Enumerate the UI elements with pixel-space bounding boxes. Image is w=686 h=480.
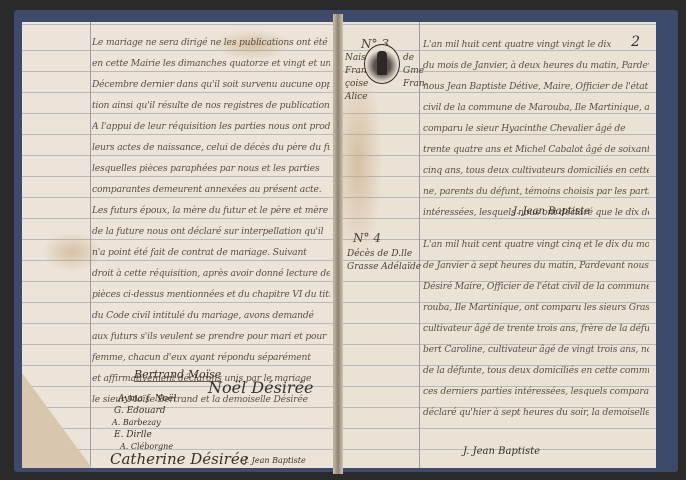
signature: Ayma f. Noël xyxy=(118,394,176,404)
text-line: Décembre dernier dans qu'il soit survenu… xyxy=(92,74,330,95)
text-line: Le mariage ne sera dirigé ne les publica… xyxy=(92,32,330,53)
signature: E. Dirlle xyxy=(114,430,152,440)
text-line: trente quatre ans et Michel Cabalot âgé … xyxy=(423,139,649,160)
signature: Noël Désirée xyxy=(208,378,314,397)
text-line: ces derniers parties intéressées, lesque… xyxy=(423,381,649,402)
signature: G. Edouard xyxy=(114,406,166,416)
text-line: cultivateur âgé de trente trois ans, frè… xyxy=(423,318,649,339)
text-line: Désiré Maire, Officier de l'état civil d… xyxy=(423,276,649,297)
text-line: de Janvier à sept heures du matin, Parde… xyxy=(423,255,649,276)
text-line: femme, chacun d'eux ayant répondu séparé… xyxy=(92,347,330,368)
text-line: n'a point été fait de contrat de mariage… xyxy=(92,242,330,263)
text-line: rouba, Ile Martinique, ont comparu les s… xyxy=(423,297,649,318)
text-line: pièces ci-dessus mentionnées et du chapi… xyxy=(92,284,330,305)
text-line: leurs actes de naissance, celui de décès… xyxy=(92,137,330,158)
registrar-signature: J. Jean Baptiste xyxy=(463,446,540,457)
text-line: du Code civil intitulé du mariage, avons… xyxy=(92,305,330,326)
entry-2-body-text: L'an mil huit cent quatre vingt cinq et … xyxy=(423,234,649,423)
text-line: aux futurs s'ils veulent se prendre pour… xyxy=(92,326,330,347)
text-line: en cette Mairie les dimanches quatorze e… xyxy=(92,53,330,74)
text-line: bert Caroline, cultivateur âgé de vingt … xyxy=(423,339,649,360)
text-line: cinq ans, tous deux cultivateurs domicil… xyxy=(423,160,649,181)
text-line: comparantes demeurent annexées au présen… xyxy=(92,179,330,200)
margin-note: Décès de D.lle Grasse Adélaïde xyxy=(347,248,421,274)
text-line: civil de la commune de Marouba, Ile Mart… xyxy=(423,97,649,118)
text-line: L'an mil huit cent quatre vingt cinq et … xyxy=(423,234,649,255)
text-line: lesquelles pièces paraphées par nous et … xyxy=(92,158,330,179)
left-page-body-text: Le mariage ne sera dirigé ne les publica… xyxy=(92,32,330,410)
text-line: droit à cette réquisition, après avoir d… xyxy=(92,263,330,284)
entry-1-body-text: L'an mil huit cent quatre vingt vingt le… xyxy=(423,34,649,223)
signature: J. Jean Baptiste xyxy=(244,456,306,465)
entry-number: N° 4 xyxy=(353,232,381,245)
registrar-signature: J. Jean Baptiste xyxy=(513,206,590,217)
text-line: du mois de Janvier, à deux heures du mat… xyxy=(423,55,649,76)
signature: A. Barbezay xyxy=(112,418,161,427)
signature: Catherine Désirée xyxy=(110,450,249,468)
text-line: A l'appui de leur réquisition les partie… xyxy=(92,116,330,137)
text-line: comparu le sieur Hyacinthe Chevalier âgé… xyxy=(423,118,649,139)
book-gutter xyxy=(333,14,343,474)
right-page: 2 N° 3 Naiss. Fran- çoise Alice de Gme F… xyxy=(343,22,656,468)
text-line: nous Jean Baptiste Détive, Maire, Offici… xyxy=(423,76,649,97)
text-line: ne, parents du défunt, témoins choisis p… xyxy=(423,181,649,202)
text-line: de la défunte, tous deux domiciliés en c… xyxy=(423,360,649,381)
text-line: L'an mil huit cent quatre vingt vingt le… xyxy=(423,34,649,55)
text-line: tion ainsi qu'il résulte de nos registre… xyxy=(92,95,330,116)
torn-corner xyxy=(22,373,92,468)
text-line: Les futurs époux, la mère du futur et le… xyxy=(92,200,330,221)
official-seal-stamp xyxy=(364,44,400,84)
text-line: de la future nous ont déclaré sur interp… xyxy=(92,221,330,242)
seal-figure-icon xyxy=(377,51,387,75)
text-line: déclaré qu'hier à sept heures du soir, l… xyxy=(423,402,649,423)
